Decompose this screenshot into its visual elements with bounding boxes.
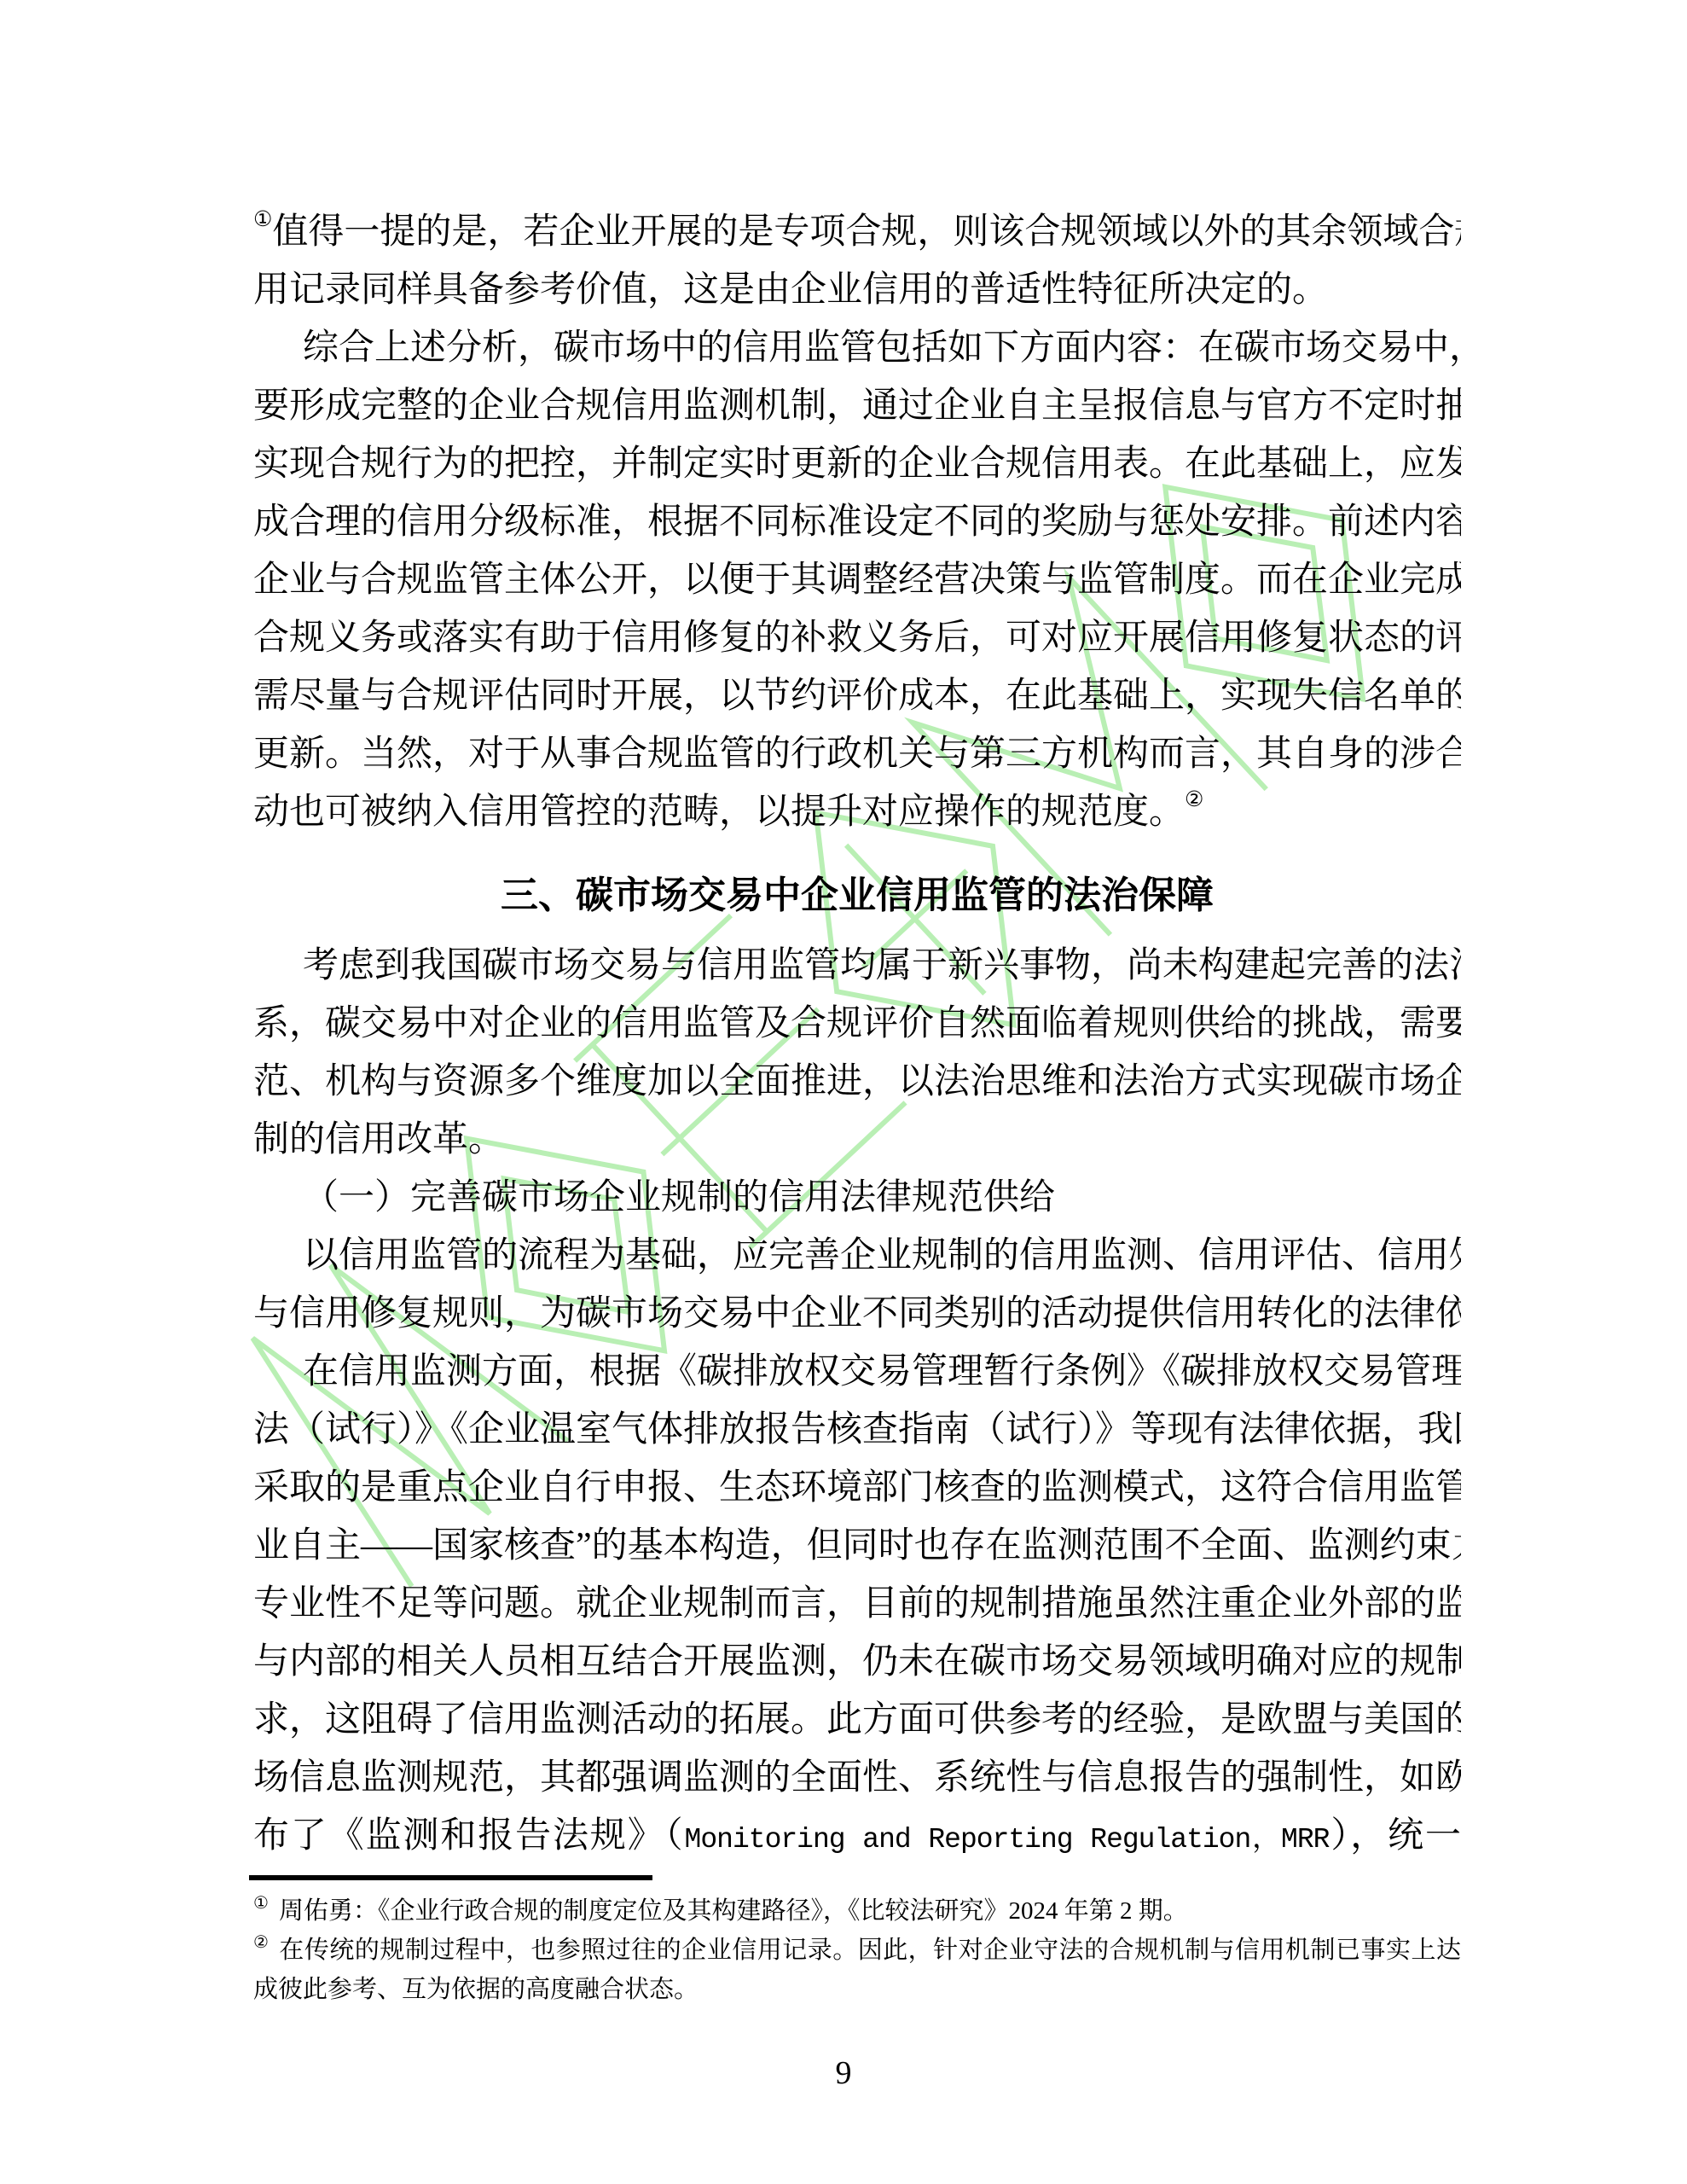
text-line: 考虑到我国碳市场交易与信用监管均属于新兴事物，尚未构建起完善的法治体	[253, 937, 1461, 995]
document-page: ①值得一提的是，若企业开展的是专项合规，则该合规领域以外的其余领域合规信 用记录…	[0, 0, 1687, 2184]
sub-heading: （一）完善碳市场企业规制的信用法律规范供给	[253, 1169, 1461, 1227]
paragraph-1: ①值得一提的是，若企业开展的是专项合规，则该合规领域以外的其余领域合规信 用记录…	[253, 203, 1461, 319]
text-line: 合规义务或落实有助于信用修复的补救义务后，可对应开展信用修复状态的评估，	[253, 609, 1461, 667]
footnote-ref-1: ①	[253, 208, 272, 231]
text-line: 法（试行）》《企业温室气体排放报告核查指南（试行）》等现有法律依据，我国	[253, 1401, 1461, 1459]
text-line: 成合理的信用分级标准，根据不同标准设定不同的奖励与惩处安排。前述内容可对	[253, 493, 1461, 551]
paragraph-4: 以信用监管的流程为基础，应完善企业规制的信用监测、信用评估、信用处置 与信用修复…	[253, 1227, 1461, 1343]
text-line: 业自主——国家核查”的基本构造，但同时也存在监测范围不全面、监测约束力与	[253, 1517, 1461, 1575]
footnote-2-continued: 成彼此参考、互为依据的高度融合状态。	[253, 1970, 1461, 2009]
text-line: 企业与合规监管主体公开，以便于其调整经营决策与监管制度。而在企业完成对应	[253, 551, 1461, 609]
text-line: ①值得一提的是，若企业开展的是专项合规，则该合规领域以外的其余领域合规信	[253, 203, 1461, 261]
latin-citation: Monitoring and Reporting Regulation，MRR	[685, 1824, 1330, 1856]
text-line: 更新。当然，对于从事合规监管的行政机关与第三方机构而言，其自身的涉合规活	[253, 725, 1461, 783]
body-text: ①值得一提的是，若企业开展的是专项合规，则该合规领域以外的其余领域合规信 用记录…	[253, 203, 1461, 1865]
text-line: 需尽量与合规评估同时开展，以节约评价成本，在此基础上，实现失信名单的实时	[253, 667, 1461, 725]
footnote-1: ①周佑勇：《企业行政合规的制度定位及其构建路径》，《比较法研究》2024 年第 …	[253, 1891, 1461, 1931]
text-line: 系，碳交易中对企业的信用监管及合规评价自然面临着规则供给的挑战，需要从规	[253, 995, 1461, 1053]
footnotes: ①周佑勇：《企业行政合规的制度定位及其构建路径》，《比较法研究》2024 年第 …	[253, 1891, 1461, 2009]
page-number: 9	[0, 2052, 1687, 2094]
text-line: 制的信用改革。	[253, 1111, 1461, 1169]
text-line: 在信用监测方面，根据《碳排放权交易管理暂行条例》《碳排放权交易管理办	[253, 1343, 1461, 1401]
text-line: 要形成完整的企业合规信用监测机制，通过企业自主呈报信息与官方不定时抽查，	[253, 377, 1461, 435]
text-line: 综合上述分析，碳市场中的信用监管包括如下方面内容：在碳市场交易中，需	[253, 319, 1461, 377]
footnote-marker-1: ①	[253, 1894, 269, 1913]
text-line: 实现合规行为的把控，并制定实时更新的企业合规信用表。在此基础上，应发展形	[253, 435, 1461, 493]
text-line: 用记录同样具备参考价值，这是由企业信用的普适性特征所决定的。	[253, 261, 1461, 319]
text-run: 值得一提的是，若企业开展的是专项合规，则该合规领域以外的其余领域合规信	[272, 212, 1461, 252]
text-line: 专业性不足等问题。就企业规制而言，目前的规制措施虽然注重企业外部的监管者	[253, 1575, 1461, 1633]
text-run: 动也可被纳入信用管控的范畴，以提升对应操作的规范度。	[253, 793, 1185, 832]
footnote-ref-2: ②	[1185, 788, 1203, 811]
footnote-text: 周佑勇：《企业行政合规的制度定位及其构建路径》，《比较法研究》2024 年第 2…	[279, 1897, 1188, 1925]
text-line: 与内部的相关人员相互结合开展监测，仍未在碳市场交易领域明确对应的规制要	[253, 1633, 1461, 1691]
text-line: 与信用修复规则，为碳市场交易中企业不同类别的活动提供信用转化的法律依据：	[253, 1285, 1461, 1343]
text-run: ），统一	[1329, 1816, 1461, 1856]
text-line: 采取的是重点企业自行申报、生态环境部门核查的监测模式，这符合信用监管“企	[253, 1459, 1461, 1517]
text-run: 布了《监测和报告法规》（	[253, 1816, 685, 1856]
text-line: 动也可被纳入信用管控的范畴，以提升对应操作的规范度。②	[253, 783, 1461, 841]
footnote-text: 在传统的规制过程中，也参照过往的企业信用记录。因此，针对企业守法的合规机制与信用…	[279, 1937, 1461, 1964]
text-line: 范、机构与资源多个维度加以全面推进，以法治思维和法治方式实现碳市场企业规	[253, 1053, 1461, 1111]
paragraph-2: 综合上述分析，碳市场中的信用监管包括如下方面内容：在碳市场交易中，需 要形成完整…	[253, 319, 1461, 841]
text-line: 场信息监测规范，其都强调监测的全面性、系统性与信息报告的强制性，如欧盟发	[253, 1749, 1461, 1807]
text-line: 求，这阻碍了信用监测活动的拓展。此方面可供参考的经验，是欧盟与美国的碳市	[253, 1691, 1461, 1749]
footnote-marker-2: ②	[253, 1933, 269, 1952]
paragraph-3: 考虑到我国碳市场交易与信用监管均属于新兴事物，尚未构建起完善的法治体 系，碳交易…	[253, 937, 1461, 1169]
footnote-2: ②在传统的规制过程中，也参照过往的企业信用记录。因此，针对企业守法的合规机制与信…	[253, 1931, 1461, 1970]
paragraph-5: 在信用监测方面，根据《碳排放权交易管理暂行条例》《碳排放权交易管理办 法（试行）…	[253, 1343, 1461, 1865]
text-line: 布了《监测和报告法规》（Monitoring and Reporting Reg…	[253, 1807, 1461, 1865]
footnote-divider	[249, 1875, 652, 1880]
section-heading: 三、碳市场交易中企业信用监管的法治保障	[253, 867, 1461, 925]
text-line: 以信用监管的流程为基础，应完善企业规制的信用监测、信用评估、信用处置	[253, 1227, 1461, 1285]
